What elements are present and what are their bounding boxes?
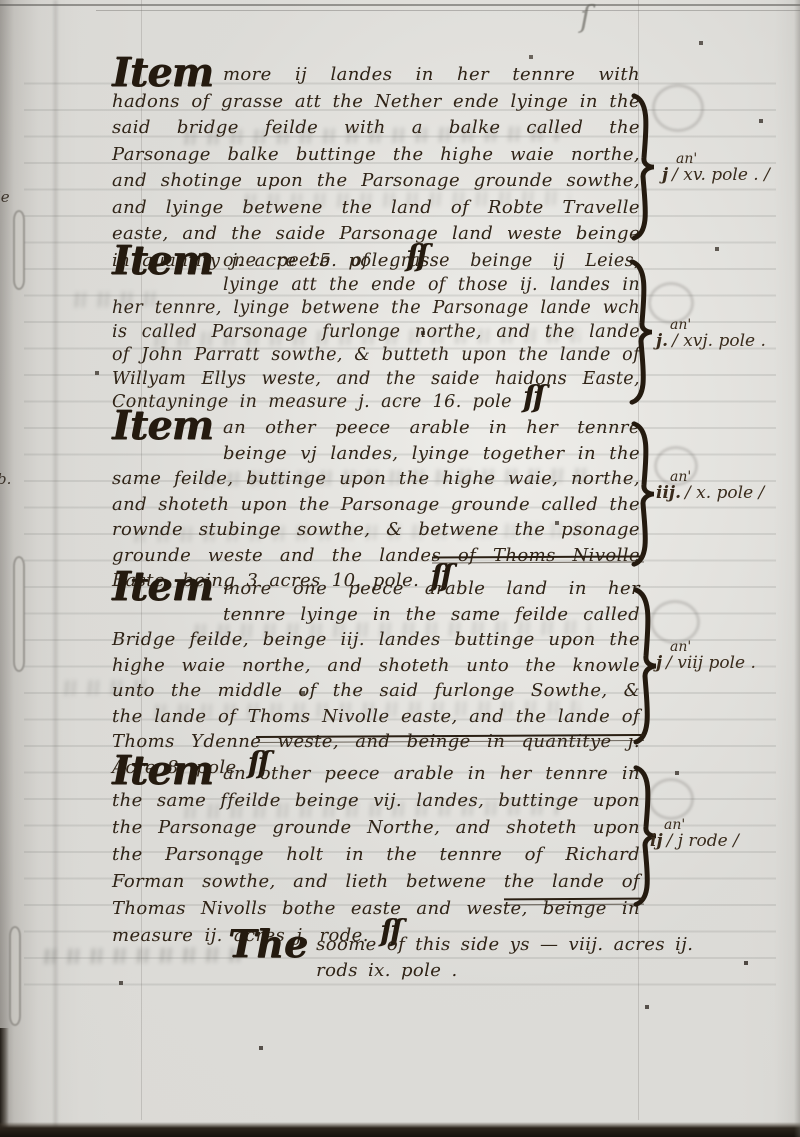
facing-page-ink-fragment: le <box>0 188 10 206</box>
manuscript-page: ſ le b. Itemmore ij landes in her tennre… <box>0 0 800 1137</box>
entry-brace <box>632 586 658 746</box>
binding-stitch-mark <box>9 926 21 1026</box>
top-ruled-line <box>0 4 800 6</box>
binding-stitch-mark <box>13 556 25 672</box>
bleedthrough-flourish-curl <box>652 84 704 132</box>
entry-initial-word: Item <box>112 246 213 276</box>
margin-acre-number: ij <box>650 831 663 851</box>
manuscript-entry: Iteman other peece arable in her tennre … <box>112 760 640 949</box>
page-edge-shadow-bottom <box>0 1122 800 1137</box>
acreage-margin-note: an' j/ xv. pole . / <box>662 152 770 183</box>
acreage-margin-note: an' j/ viij pole . <box>656 640 756 671</box>
margin-acre-number: j. <box>656 331 668 351</box>
binding-stitch-mark <box>13 210 25 290</box>
entry-initial-word: Item <box>112 58 213 88</box>
entry-brace <box>630 92 656 242</box>
summary-initial-word: The <box>228 930 308 959</box>
acreage-margin-note: an' ij/ j rode / <box>650 818 739 849</box>
entry-initial-word: Item <box>112 572 213 602</box>
folio-squiggle-mark: ſ <box>580 0 591 35</box>
margin-acre-number: j <box>662 165 668 185</box>
entry-brace <box>628 258 654 406</box>
acreage-margin-note: an' iij./ x. pole / <box>656 470 764 501</box>
entry-closing-rule <box>504 898 644 906</box>
page-edge-shadow-left <box>0 1028 9 1137</box>
margin-acre-number: j <box>656 653 662 673</box>
binding-crease <box>54 0 57 1137</box>
margin-rood-value: / j rode / <box>667 831 739 851</box>
ink-bleedthrough-smudge <box>40 947 240 964</box>
margin-pole-value: / xv. pole . / <box>672 165 770 185</box>
margin-pole-value: / viij pole . <box>666 653 756 673</box>
facing-page-ink-fragment: b. <box>0 470 11 488</box>
entry-initial-word: Item <box>112 411 213 441</box>
paper-specks <box>0 0 2 2</box>
manuscript-entry: Itemone peece of grasse beinge ij Leies,… <box>112 250 640 415</box>
top-ruled-line-secondary <box>96 10 800 11</box>
margin-pole-value: / x. pole / <box>685 483 764 503</box>
margin-acre-number: iij. <box>656 483 681 503</box>
summary-text: soome of this side ys — viij. acres ij. … <box>316 934 693 981</box>
entry-closing-rule <box>432 555 644 563</box>
acreage-margin-note: an' j./ xvj. pole . <box>656 318 766 349</box>
margin-pole-value: / xvj. pole . <box>672 331 766 351</box>
entry-initial-word: Item <box>112 756 213 786</box>
entry-brace <box>630 420 656 568</box>
entry-text: an other peece arable in her tennre in t… <box>112 763 640 946</box>
end-flourish-mark: ſſ <box>523 380 543 415</box>
page-sum-line: Thesoome of this side ys — viij. acres i… <box>228 932 728 984</box>
page-edge-shadow-right <box>794 0 800 1137</box>
